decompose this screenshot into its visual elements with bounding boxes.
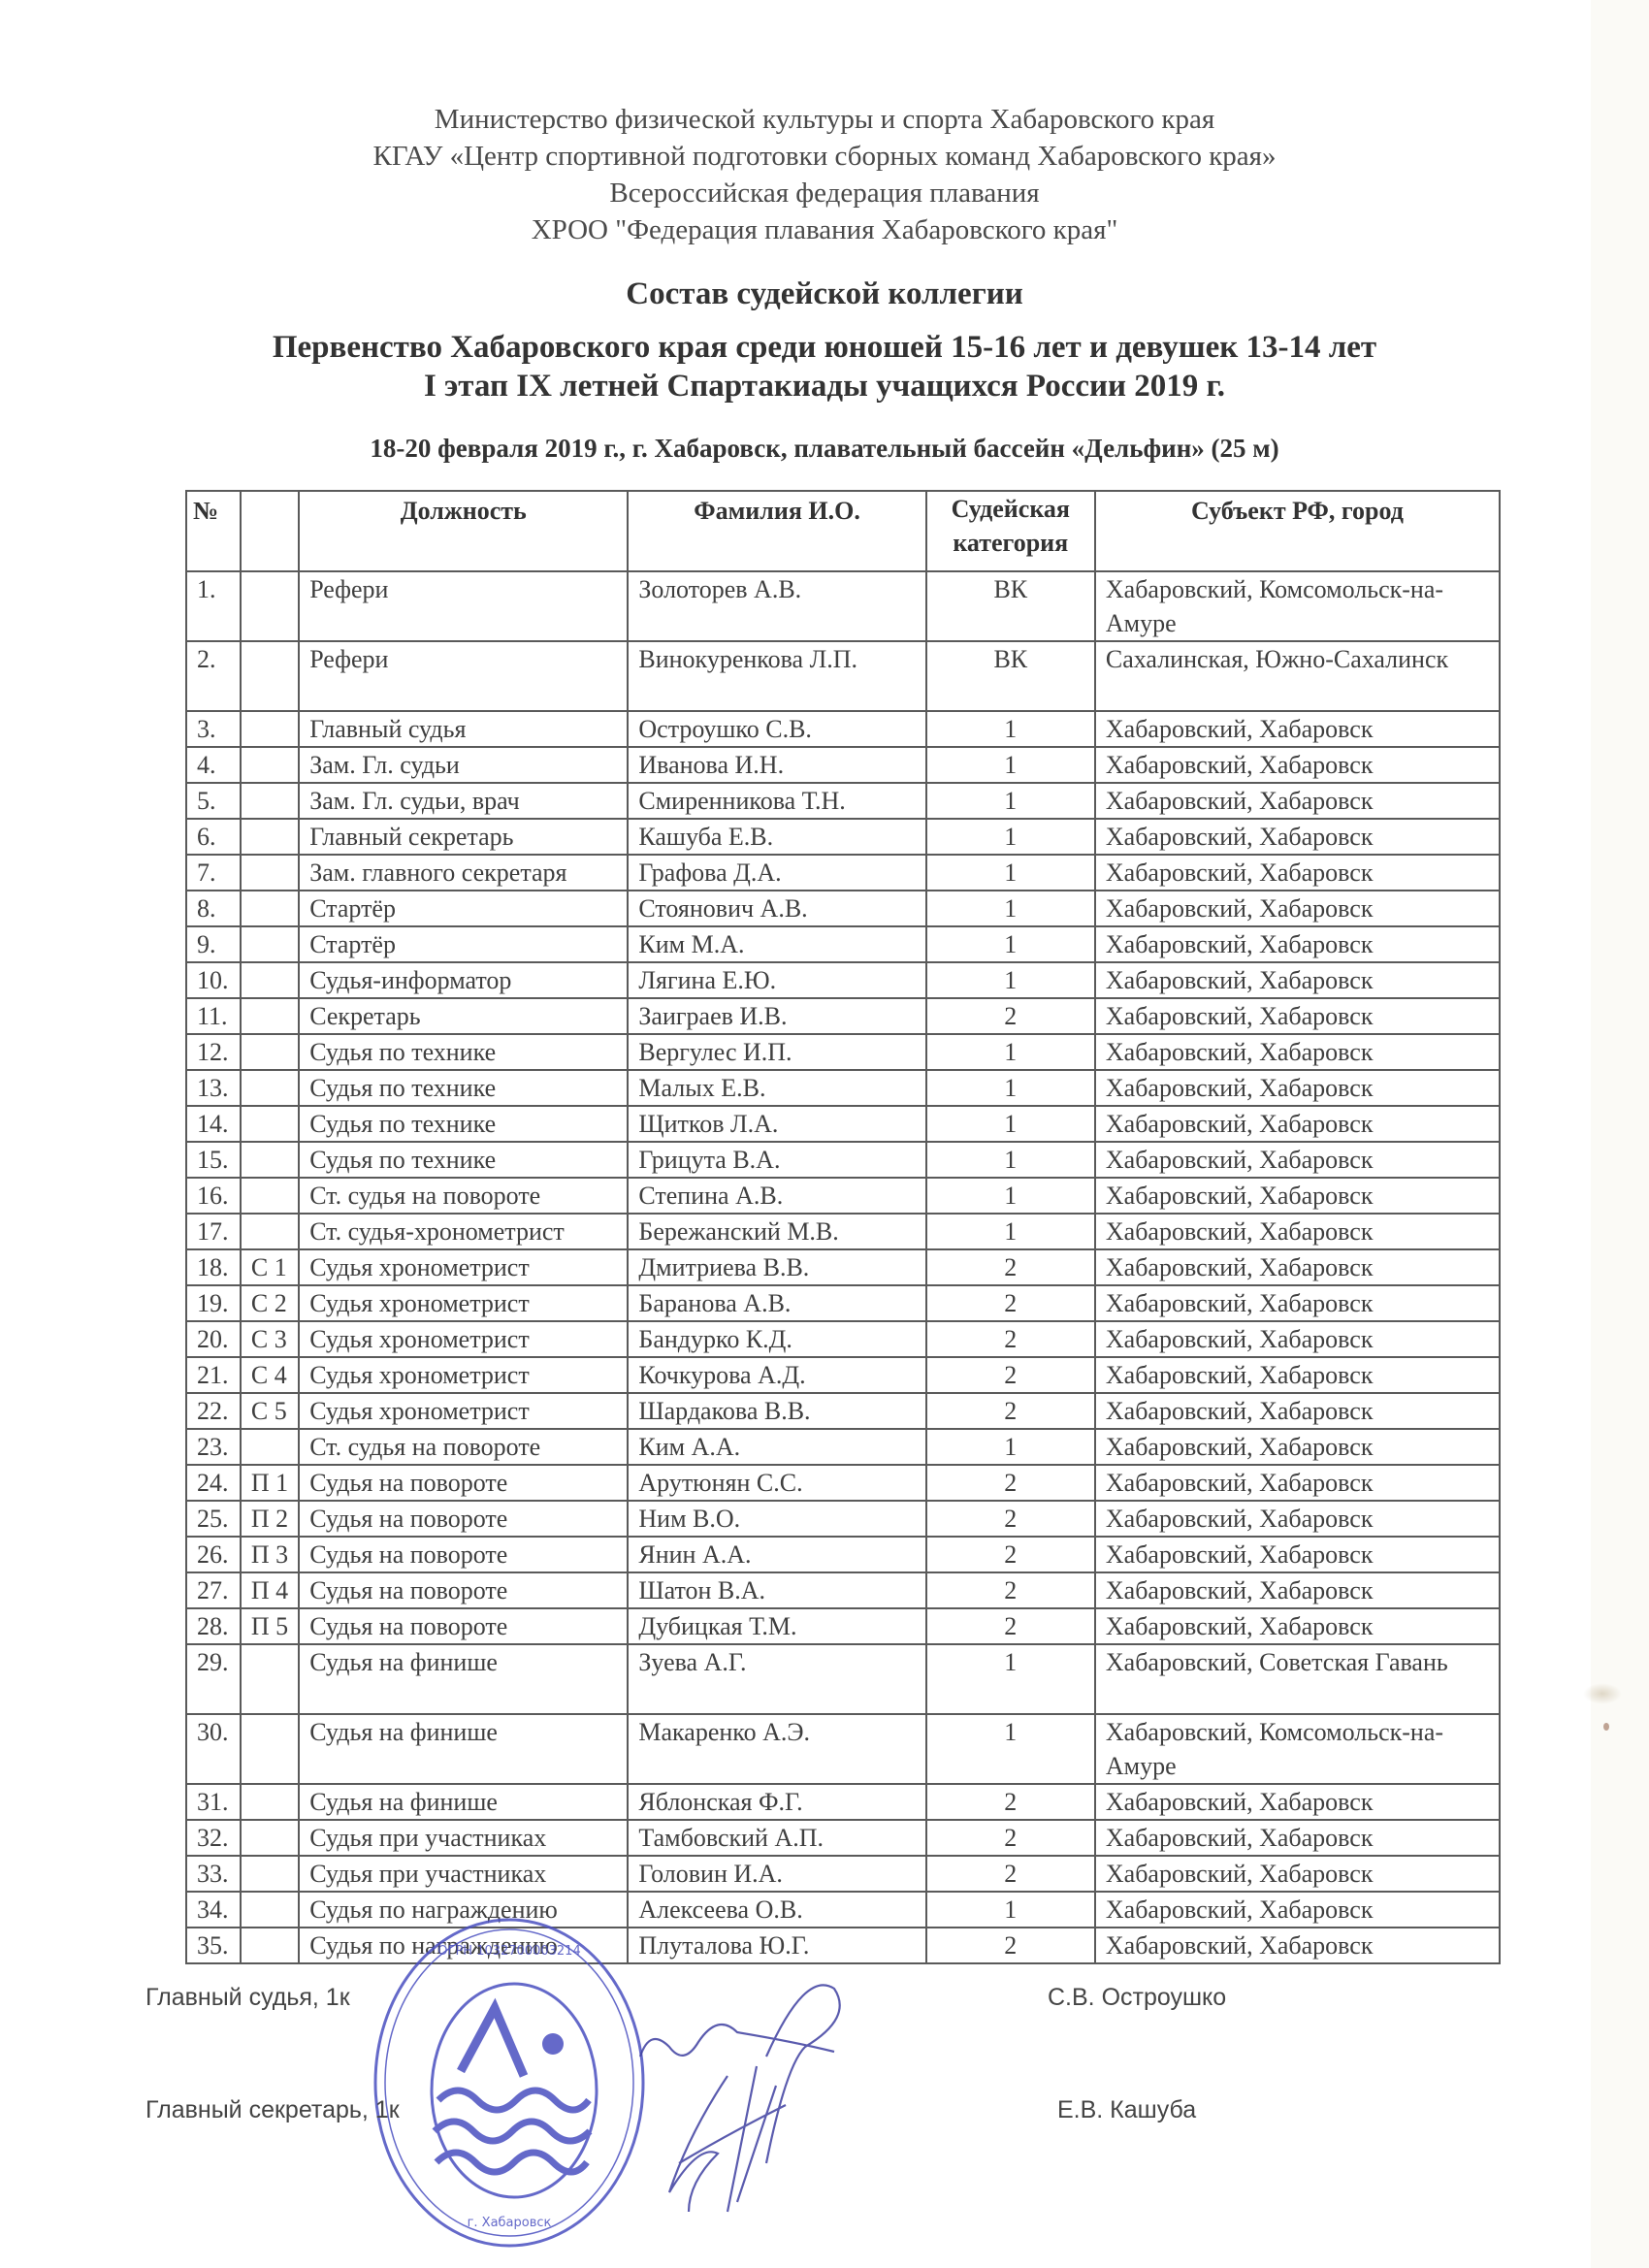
cell-number: 13. [186,1070,241,1106]
table-row: 31.Судья на финишеЯблонская Ф.Г.2Хабаров… [186,1784,1500,1820]
table-row: 33.Судья при участникахГоловин И.А.2Хаба… [186,1856,1500,1892]
cell-number: 17. [186,1214,241,1249]
cell-name: Щитков Л.А. [628,1106,925,1142]
table-row: 9.СтартёрКим М.А.1Хабаровский, Хабаровск [186,926,1500,962]
cell-name: Кочкурова А.Д. [628,1357,925,1393]
table-row: 32.Судья при участникахТамбовский А.П.2Х… [186,1820,1500,1856]
cell-region: Хабаровский, Хабаровск [1095,1465,1500,1501]
cell-category: 1 [926,783,1095,819]
cell-category: 1 [926,1429,1095,1465]
cell-position: Судья-информатор [299,962,628,998]
cell-category: 1 [926,1892,1095,1928]
cell-name: Малых Е.В. [628,1070,925,1106]
cell-number: 2. [186,641,241,711]
cell-number: 5. [186,783,241,819]
judges-table: № Должность Фамилия И.О. Судейская катег… [185,490,1501,1964]
cell-position: Судья по технике [299,1070,628,1106]
cell-sub-position [241,1034,299,1070]
cell-sub-position [241,1214,299,1249]
cell-category: 2 [926,1608,1095,1644]
cell-category: ВК [926,641,1095,711]
cell-category: 1 [926,1644,1095,1714]
cell-sub-position [241,819,299,855]
cell-number: 10. [186,962,241,998]
cell-region: Хабаровский, Советская Гавань [1095,1644,1500,1714]
cell-category: 1 [926,1034,1095,1070]
cell-position: Судья на повороте [299,1572,628,1608]
cell-sub-position [241,1106,299,1142]
cell-region: Хабаровский, Хабаровск [1095,1608,1500,1644]
cell-position: Рефери [299,571,628,641]
cell-name: Заиграев И.В. [628,998,925,1034]
cell-name: Золоторев А.В. [628,571,925,641]
cell-position: Секретарь [299,998,628,1034]
cell-region: Хабаровский, Хабаровск [1095,1249,1500,1285]
cell-name: Кашуба Е.В. [628,819,925,855]
table-row: 24.П 1Судья на поворотеАрутюнян С.С.2Хаб… [186,1465,1500,1501]
cell-region: Хабаровский, Хабаровск [1095,783,1500,819]
cell-sub-position: С 5 [241,1393,299,1429]
cell-sub-position [241,571,299,641]
cell-number: 11. [186,998,241,1034]
stamp-city: г. Хабаровск [468,2216,552,2230]
cell-region: Хабаровский, Хабаровск [1095,1285,1500,1321]
cell-sub-position [241,1644,299,1714]
cell-position: Судья на финише [299,1714,628,1784]
cell-position: Судья на повороте [299,1608,628,1644]
column-header-number: № [186,491,241,571]
cell-region: Хабаровский, Хабаровск [1095,1537,1500,1572]
cell-category: 2 [926,1572,1095,1608]
cell-category: 2 [926,1465,1095,1501]
cell-category: 1 [926,711,1095,747]
cell-sub-position [241,1142,299,1178]
column-header-sub [241,491,299,571]
subtitle-line-championship: Первенство Хабаровского края среди юноше… [0,328,1649,367]
cell-position: Судья на повороте [299,1501,628,1537]
cell-region: Сахалинская, Южно-Сахалинск [1095,641,1500,711]
cell-region: Хабаровский, Хабаровск [1095,1106,1500,1142]
cell-sub-position [241,855,299,891]
cell-region: Хабаровский, Хабаровск [1095,855,1500,891]
cell-position: Стартёр [299,926,628,962]
cell-position: Судья при участниках [299,1856,628,1892]
cell-number: 8. [186,891,241,926]
cell-number: 7. [186,855,241,891]
table-row: 7.Зам. главного секретаряГрафова Д.А.1Ха… [186,855,1500,891]
cell-number: 4. [186,747,241,783]
cell-number: 20. [186,1321,241,1357]
cell-region: Хабаровский, Хабаровск [1095,1321,1500,1357]
cell-region: Хабаровский, Хабаровск [1095,926,1500,962]
cell-category: 1 [926,819,1095,855]
cell-name: Графова Д.А. [628,855,925,891]
cell-region: Хабаровский, Хабаровск [1095,998,1500,1034]
table-row: 4.Зам. Гл. судьиИванова И.Н.1Хабаровский… [186,747,1500,783]
table-row: 18.С 1Судья хронометристДмитриева В.В.2Х… [186,1249,1500,1285]
cell-sub-position [241,1714,299,1784]
cell-name: Лягина Е.Ю. [628,962,925,998]
cell-region: Хабаровский, Комсомольск-на-Амуре [1095,1714,1500,1784]
cell-number: 25. [186,1501,241,1537]
cell-region: Хабаровский, Хабаровск [1095,1572,1500,1608]
cell-position: Судья хронометрист [299,1249,628,1285]
cell-region: Хабаровский, Хабаровск [1095,1357,1500,1393]
cell-region: Хабаровский, Хабаровск [1095,1070,1500,1106]
cell-name: Вергулес И.П. [628,1034,925,1070]
cell-position: Судья на финише [299,1644,628,1714]
cell-position: Ст. судья на повороте [299,1178,628,1214]
cell-position: Ст. судья на повороте [299,1429,628,1465]
table-row: 22.С 5Судья хронометристШардакова В.В.2Х… [186,1393,1500,1429]
cell-number: 33. [186,1856,241,1892]
table-row: 16.Ст. судья на поворотеСтепина А.В.1Хаб… [186,1178,1500,1214]
cell-number: 34. [186,1892,241,1928]
org-line-ministry: Министерство физической культуры и спорт… [0,101,1649,138]
cell-position: Ст. судья-хронометрист [299,1214,628,1249]
judges-table-body: 1.РефериЗолоторев А.В.ВКХабаровский, Ком… [186,571,1500,1963]
cell-number: 35. [186,1928,241,1963]
signature-name: Е.В. Кашуба [1057,2096,1196,2124]
cell-category: 2 [926,1928,1095,1963]
cell-number: 1. [186,571,241,641]
cell-number: 30. [186,1714,241,1784]
document-title: Состав судейской коллегии [0,276,1649,312]
cell-sub-position: П 1 [241,1465,299,1501]
cell-position: Главный секретарь [299,819,628,855]
cell-number: 15. [186,1142,241,1178]
cell-name: Яблонская Ф.Г. [628,1784,925,1820]
table-row: 21.С 4Судья хронометристКочкурова А.Д.2Х… [186,1357,1500,1393]
cell-region: Хабаровский, Хабаровск [1095,1820,1500,1856]
cell-sub-position [241,1928,299,1963]
cell-name: Янин А.А. [628,1537,925,1572]
cell-position: Зам. главного секретаря [299,855,628,891]
column-header-name: Фамилия И.О. [628,491,925,571]
column-header-position: Должность [299,491,628,571]
cell-number: 19. [186,1285,241,1321]
handwritten-signature [621,1969,912,2221]
cell-position: Судья хронометрист [299,1357,628,1393]
cell-category: 1 [926,891,1095,926]
cell-name: Винокуренкова Л.П. [628,641,925,711]
cell-name: Смиренникова Т.Н. [628,783,925,819]
table-row: 25.П 2Судья на поворотеНим В.О.2Хабаровс… [186,1501,1500,1537]
cell-name: Ким А.А. [628,1429,925,1465]
cell-category: 1 [926,962,1095,998]
signature-role: Главный секретарь, 1к [145,2096,400,2124]
table-row: 11.СекретарьЗаиграев И.В.2Хабаровский, Х… [186,998,1500,1034]
cell-number: 32. [186,1820,241,1856]
cell-region: Хабаровский, Хабаровск [1095,1034,1500,1070]
cell-position: Судья хронометрист [299,1321,628,1357]
cell-name: Зуева А.Г. [628,1644,925,1714]
cell-region: Хабаровский, Хабаровск [1095,1214,1500,1249]
org-line-federation: Всероссийская федерация плавания [0,175,1649,211]
cell-region: Хабаровский, Хабаровск [1095,747,1500,783]
cell-category: 2 [926,1856,1095,1892]
column-header-region: Субъект РФ, город [1095,491,1500,571]
cell-category: 1 [926,1142,1095,1178]
cell-number: 31. [186,1784,241,1820]
cell-category: 1 [926,1106,1095,1142]
cell-category: 1 [926,1178,1095,1214]
cell-name: Макаренко А.Э. [628,1714,925,1784]
cell-number: 18. [186,1249,241,1285]
cell-sub-position: С 3 [241,1321,299,1357]
table-row: 8.СтартёрСтоянович А.В.1Хабаровский, Хаб… [186,891,1500,926]
cell-number: 16. [186,1178,241,1214]
table-row: 2.РефериВинокуренкова Л.П.ВКСахалинская,… [186,641,1500,711]
cell-sub-position [241,747,299,783]
cell-sub-position [241,641,299,711]
cell-position: Судья при участниках [299,1820,628,1856]
cell-number: 21. [186,1357,241,1393]
cell-number: 23. [186,1429,241,1465]
cell-position: Судья хронометрист [299,1285,628,1321]
table-row: 30.Судья на финишеМакаренко А.Э.1Хабаров… [186,1714,1500,1784]
cell-region: Хабаровский, Хабаровск [1095,1178,1500,1214]
cell-sub-position [241,891,299,926]
organization-header: Министерство физической культуры и спорт… [0,101,1649,248]
cell-category: 2 [926,998,1095,1034]
cell-sub-position [241,962,299,998]
cell-name: Плуталова Ю.Г. [628,1928,925,1963]
cell-name: Арутюнян С.С. [628,1465,925,1501]
cell-position: Зам. Гл. судьи [299,747,628,783]
cell-region: Хабаровский, Хабаровск [1095,1892,1500,1928]
cell-category: 1 [926,855,1095,891]
cell-position: Судья на повороте [299,1537,628,1572]
cell-region: Хабаровский, Хабаровск [1095,1856,1500,1892]
org-line-hroo: ХРОО "Федерация плавания Хабаровского кр… [0,211,1649,248]
cell-sub-position [241,1178,299,1214]
cell-name: Остроушко С.В. [628,711,925,747]
cell-number: 3. [186,711,241,747]
table-row: 15.Судья по техникеГрицута В.А.1Хабаровс… [186,1142,1500,1178]
cell-name: Иванова И.Н. [628,747,925,783]
cell-category: 1 [926,1070,1095,1106]
cell-number: 28. [186,1608,241,1644]
cell-category: 1 [926,926,1095,962]
table-row: 3.Главный судьяОстроушко С.В.1Хабаровски… [186,711,1500,747]
cell-name: Баранова А.В. [628,1285,925,1321]
table-row: 17.Ст. судья-хронометристБережанский М.В… [186,1214,1500,1249]
column-header-category: Судейская категория [926,491,1095,571]
cell-position: Рефери [299,641,628,711]
signature-role: Главный судья, 1к [145,1984,350,2012]
cell-category: 2 [926,1501,1095,1537]
cell-category: 2 [926,1393,1095,1429]
cell-sub-position: П 5 [241,1608,299,1644]
table-row: 29.Судья на финишеЗуева А.Г.1Хабаровский… [186,1644,1500,1714]
cell-sub-position: П 4 [241,1572,299,1608]
cell-category: 1 [926,1214,1095,1249]
cell-name: Стоянович А.В. [628,891,925,926]
cell-name: Грицута В.А. [628,1142,925,1178]
cell-name: Бережанский М.В. [628,1214,925,1249]
signature-name: С.В. Остроушко [1048,1984,1226,2012]
cell-region: Хабаровский, Хабаровск [1095,1784,1500,1820]
table-row: 12.Судья по техникеВергулес И.П.1Хабаров… [186,1034,1500,1070]
cell-name: Степина А.В. [628,1178,925,1214]
table-row: 1.РефериЗолоторев А.В.ВКХабаровский, Ком… [186,571,1500,641]
cell-number: 12. [186,1034,241,1070]
cell-sub-position [241,1784,299,1820]
cell-sub-position: П 2 [241,1501,299,1537]
cell-name: Дмитриева В.В. [628,1249,925,1285]
paper-stain-dot [1603,1723,1609,1731]
cell-number: 9. [186,926,241,962]
cell-name: Алексеева О.В. [628,1892,925,1928]
cell-region: Хабаровский, Комсомольск-на-Амуре [1095,571,1500,641]
cell-position: Судья по технике [299,1142,628,1178]
cell-sub-position [241,1892,299,1928]
table-row: 19.С 2Судья хронометристБаранова А.В.2Ха… [186,1285,1500,1321]
cell-region: Хабаровский, Хабаровск [1095,711,1500,747]
cell-region: Хабаровский, Хабаровск [1095,1501,1500,1537]
table-row: 6.Главный секретарьКашуба Е.В.1Хабаровск… [186,819,1500,855]
cell-number: 29. [186,1644,241,1714]
cell-sub-position [241,1429,299,1465]
cell-number: 6. [186,819,241,855]
cell-region: Хабаровский, Хабаровск [1095,891,1500,926]
cell-sub-position [241,1856,299,1892]
cell-number: 26. [186,1537,241,1572]
table-row: 26.П 3Судья на поворотеЯнин А.А.2Хабаров… [186,1537,1500,1572]
cell-position: Главный судья [299,711,628,747]
cell-category: 2 [926,1537,1095,1572]
organization-stamp: ОГРН 1032700003214 г. Хабаровск [369,1916,650,2251]
cell-category: 2 [926,1249,1095,1285]
cell-name: Бандурко К.Д. [628,1321,925,1357]
org-line-kgau: КГАУ «Центр спортивной подготовки сборны… [0,138,1649,175]
cell-sub-position [241,711,299,747]
cell-region: Хабаровский, Хабаровск [1095,1142,1500,1178]
cell-sub-position [241,1820,299,1856]
cell-position: Судья по технике [299,1034,628,1070]
cell-position: Стартёр [299,891,628,926]
cell-category: 1 [926,1714,1095,1784]
cell-sub-position: С 1 [241,1249,299,1285]
cell-sub-position: С 4 [241,1357,299,1393]
table-row: 20.С 3Судья хронометристБандурко К.Д.2Ха… [186,1321,1500,1357]
cell-name: Ким М.А. [628,926,925,962]
document-subtitle: Первенство Хабаровского края среди юноше… [0,328,1649,405]
cell-category: ВК [926,571,1095,641]
cell-category: 2 [926,1321,1095,1357]
cell-sub-position [241,926,299,962]
table-row: 14.Судья по техникеЩитков Л.А.1Хабаровск… [186,1106,1500,1142]
cell-position: Судья на повороте [299,1465,628,1501]
table-row: 27.П 4Судья на поворотеШатон В.А.2Хабаро… [186,1572,1500,1608]
cell-region: Хабаровский, Хабаровск [1095,962,1500,998]
table-row: 10.Судья-информаторЛягина Е.Ю.1Хабаровск… [186,962,1500,998]
cell-category: 2 [926,1784,1095,1820]
cell-category: 2 [926,1820,1095,1856]
cell-number: 22. [186,1393,241,1429]
cell-region: Хабаровский, Хабаровск [1095,1928,1500,1963]
cell-sub-position [241,783,299,819]
cell-position: Зам. Гл. судьи, врач [299,783,628,819]
cell-category: 1 [926,747,1095,783]
cell-name: Головин И.А. [628,1856,925,1892]
cell-name: Шатон В.А. [628,1572,925,1608]
cell-number: 27. [186,1572,241,1608]
cell-name: Тамбовский А.П. [628,1820,925,1856]
subtitle-line-spartakiad: I этап IX летней Спартакиады учащихся Ро… [0,367,1649,405]
cell-sub-position [241,1070,299,1106]
cell-number: 14. [186,1106,241,1142]
stamp-ogrn: ОГРН 1032700003214 [437,1944,580,1959]
cell-name: Ним В.О. [628,1501,925,1537]
date-and-venue: 18-20 февраля 2019 г., г. Хабаровск, пла… [0,434,1649,464]
cell-position: Судья на финише [299,1784,628,1820]
cell-region: Хабаровский, Хабаровск [1095,1393,1500,1429]
cell-category: 2 [926,1357,1095,1393]
table-row: 5.Зам. Гл. судьи, врачСмиренникова Т.Н.1… [186,783,1500,819]
cell-sub-position [241,998,299,1034]
cell-sub-position: П 3 [241,1537,299,1572]
table-header-row: № Должность Фамилия И.О. Судейская катег… [186,491,1500,571]
cell-region: Хабаровский, Хабаровск [1095,819,1500,855]
cell-name: Шардакова В.В. [628,1393,925,1429]
paper-stain [1583,1683,1622,1704]
cell-sub-position: С 2 [241,1285,299,1321]
cell-position: Судья хронометрист [299,1393,628,1429]
cell-position: Судья по технике [299,1106,628,1142]
cell-category: 2 [926,1285,1095,1321]
cell-number: 24. [186,1465,241,1501]
cell-region: Хабаровский, Хабаровск [1095,1429,1500,1465]
cell-name: Дубицкая Т.М. [628,1608,925,1644]
table-row: 23.Ст. судья на поворотеКим А.А.1Хабаров… [186,1429,1500,1465]
table-row: 28.П 5Судья на поворотеДубицкая Т.М.2Хаб… [186,1608,1500,1644]
table-row: 13.Судья по техникеМалых Е.В.1Хабаровски… [186,1070,1500,1106]
